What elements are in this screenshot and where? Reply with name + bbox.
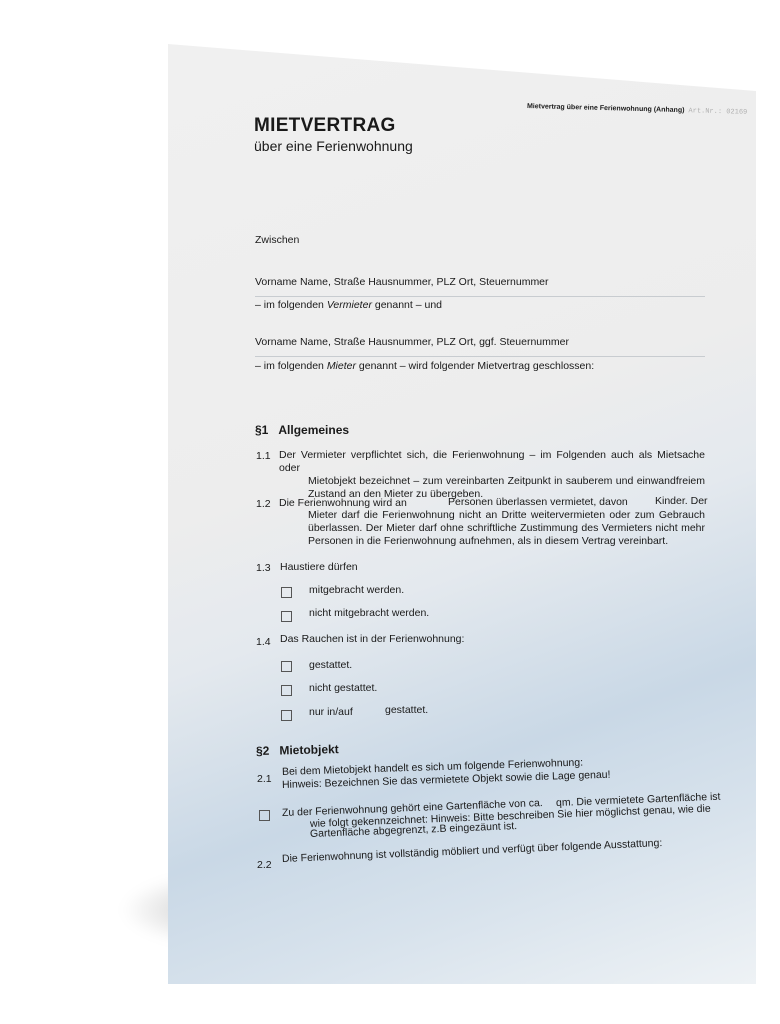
tenant-role: – im folgenden Mieter genannt – wird fol… — [255, 360, 594, 372]
smoking-not-allowed-checkbox[interactable] — [281, 685, 292, 696]
smoking-not-allowed-label: nicht gestattet. — [309, 682, 377, 694]
item-1-4-number: 1.4 — [256, 636, 271, 648]
item-1-1-number: 1.1 — [256, 450, 271, 462]
item-2-1-number: 2.1 — [257, 773, 272, 785]
document-title: MIETVERTRAG — [254, 115, 396, 137]
item-1-1-text: Der Vermieter verpflichtet sich, die Fer… — [279, 449, 705, 501]
tenant-divider — [255, 356, 705, 357]
smoking-partial-suffix: gestattet. — [385, 704, 428, 716]
smoking-partial-label: nur in/auf — [309, 706, 353, 718]
header-reference: Mietvertrag über eine Ferienwohnung (Anh… — [527, 103, 747, 117]
item-1-2-text-rest: Mieter darf die Ferienwohnung nicht an D… — [308, 509, 705, 548]
smoking-allowed-label: gestattet. — [309, 659, 352, 671]
pets-not-allowed-label: nicht mitgebracht werden. — [309, 607, 429, 619]
item-1-4-text: Das Rauchen ist in der Ferienwohnung: — [280, 633, 464, 645]
smoking-partial-checkbox[interactable] — [281, 710, 292, 721]
smoking-allowed-checkbox[interactable] — [281, 661, 292, 672]
item-1-2-text-c: Kinder. Der — [655, 495, 708, 507]
landlord-role: – im folgenden Vermieter genannt – und — [255, 299, 442, 311]
landlord-divider — [255, 296, 705, 297]
between-label: Zwischen — [255, 234, 299, 246]
document-subtitle: über eine Ferienwohnung — [254, 138, 413, 154]
pets-allowed-checkbox[interactable] — [281, 587, 292, 598]
landlord-field[interactable]: Vorname Name, Straße Hausnummer, PLZ Ort… — [255, 276, 549, 288]
item-1-3-text: Haustiere dürfen — [280, 561, 358, 573]
section-2-heading: §2 Mietobjekt — [256, 742, 339, 758]
item-2-2-number: 2.2 — [257, 859, 272, 871]
section-1-heading: §1 Allgemeines — [255, 423, 349, 437]
item-1-3-number: 1.3 — [256, 562, 271, 574]
header-title: Mietvertrag über eine Ferienwohnung (Anh… — [527, 103, 685, 114]
item-1-2-number: 1.2 — [256, 498, 271, 510]
pets-allowed-label: mitgebracht werden. — [309, 584, 404, 596]
item-1-2-text-a: Die Ferienwohnung wird an — [279, 497, 407, 509]
article-number: Art.Nr.: 02169 — [688, 107, 747, 117]
document-content: Mietvertrag über eine Ferienwohnung (Anh… — [0, 0, 780, 1024]
item-2-2-text: Die Ferienwohnung ist vollständig möblie… — [282, 837, 663, 865]
garden-checkbox[interactable] — [259, 810, 270, 821]
tenant-field[interactable]: Vorname Name, Straße Hausnummer, PLZ Ort… — [255, 336, 569, 348]
pets-not-allowed-checkbox[interactable] — [281, 611, 292, 622]
item-1-2-text-b: Personen überlassen vermietet, davon — [448, 496, 628, 508]
